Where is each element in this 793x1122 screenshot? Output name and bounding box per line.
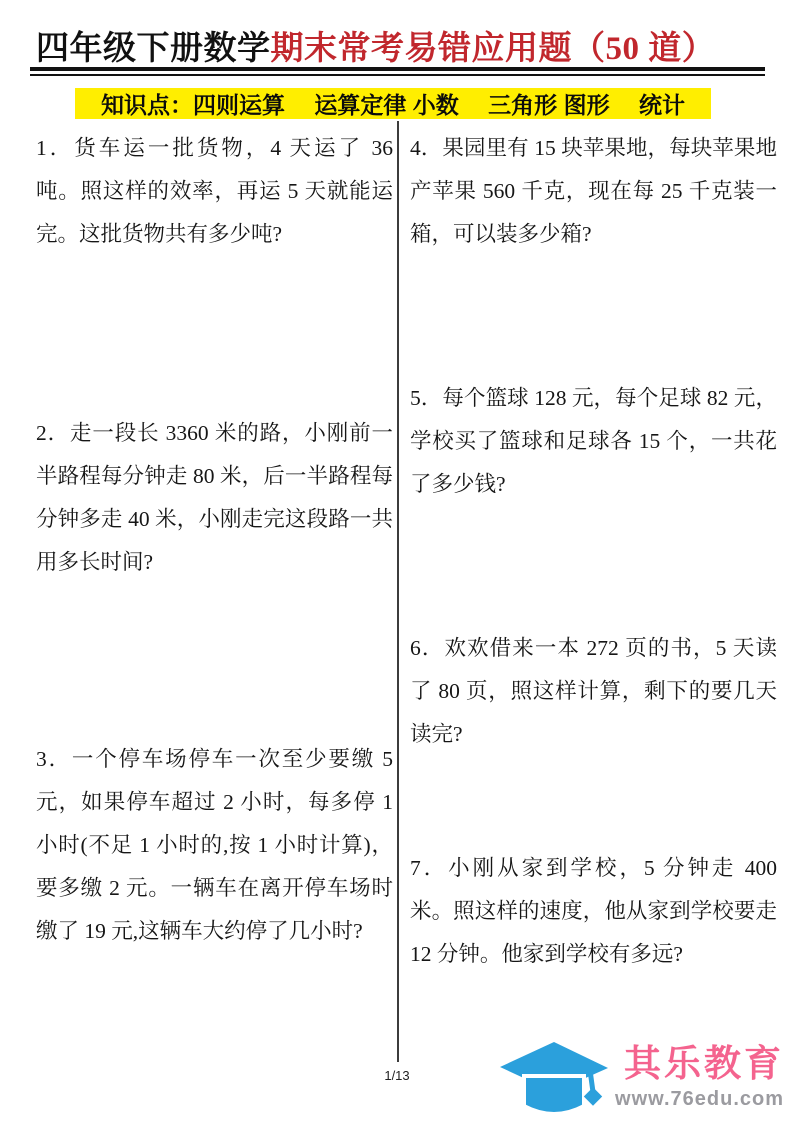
problem-3: 3．一个停车场停车一次至少要缴 5 元，如果停车超过 2 小时，每多停 1 小时… [36, 738, 393, 953]
title-double-rule [30, 67, 765, 76]
page-title-black: 四年级下册数学 [36, 31, 271, 67]
problem-2: 2．走一段长 3360 米的路，小刚前一半路程每分钟走 80 米，后一半路程每分… [36, 412, 393, 584]
page-number: 1/13 [357, 1068, 437, 1083]
page-title-red: 期末常考易错应用题（50 道） [271, 31, 716, 67]
problem-4: 4．果园里有 15 块苹果地，每块苹果地产苹果 560 千克，现在每 25 千克… [410, 127, 777, 256]
problem-1: 1．货车运一批货物，4 天运了 36 吨。照这样的效率，再运 5 天就能运完。这… [36, 127, 393, 256]
logo-text-block: 其乐教育 www.76edu.com [612, 1042, 784, 1112]
knowledge-points-bar: 知识点：四则运算 运算定律 小数 三角形 图形 统计 [75, 88, 711, 119]
problem-7: 7．小刚从家到学校，5 分钟走 400 米。照这样的速度，他从家到学校要走 12… [410, 847, 777, 976]
site-logo: 其乐教育 www.76edu.com [490, 1036, 790, 1122]
logo-website-url: www.76edu.com [615, 1086, 784, 1112]
problem-5: 5．每个篮球 128 元，每个足球 82 元，学校买了篮球和足球各 15 个，一… [410, 377, 777, 506]
column-divider [397, 121, 399, 1062]
problem-6: 6．欢欢借来一本 272 页的书，5 天读了 80 页，照这样计算，剩下的要几天… [410, 627, 777, 756]
page-title: 四年级下册数学期末常考易错应用题（50 道） [36, 22, 769, 69]
graduation-cap-icon [498, 1040, 610, 1122]
logo-brand-name: 其乐教育 [624, 1042, 784, 1086]
worksheet-page: 四年级下册数学期末常考易错应用题（50 道） 知识点：四则运算 运算定律 小数 … [0, 0, 793, 1122]
